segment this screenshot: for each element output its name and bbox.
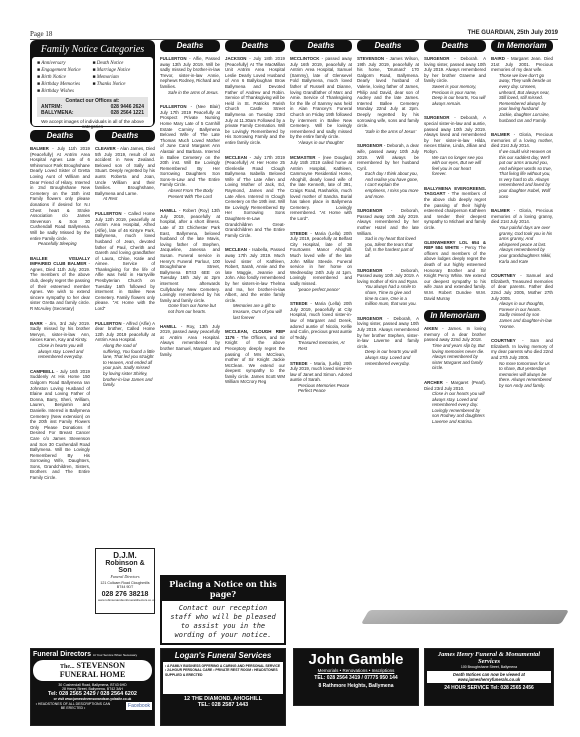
deaths-column-7: Deaths SURGENOR - Deborah. A loving sist… <box>424 40 486 434</box>
notice: BARR - Jim, 3rd July 2019. Sadly missed … <box>30 321 90 360</box>
category-item: ■ Birthday Wishes <box>37 88 93 95</box>
category-list: ■ Anniversary ■ Death Notice ■ Engagemen… <box>37 60 148 95</box>
notice: SURGENOR - Deborah, A special sister-in-… <box>424 115 486 177</box>
category-item: ■ Thanks Notice <box>93 81 149 88</box>
notice: FULLERTON - Alfie, Passed away 13th July… <box>160 56 220 95</box>
notice: STEEDE - Maria (Lella) 20th July 2019, p… <box>290 231 352 293</box>
notice: CAMPBELL - July 16th 2019 Suddenly At Hi… <box>30 369 90 481</box>
notice: STEEDE - Maria (Lella) 20th July 2019, p… <box>290 301 352 351</box>
facebook-icon[interactable]: Facebook <box>126 702 152 710</box>
notice: CLEAVER - Alan James, Died 5th July 2019… <box>95 146 155 202</box>
deaths-column-2: Deaths CLEAVER - Alan James, Died 5th Ju… <box>95 130 155 397</box>
notice: COURTNEY - Sam and Elizabeth. In loving … <box>491 338 553 388</box>
deaths-column-1: Deaths BALMER - July 11th 2019 (Peaceful… <box>30 130 90 490</box>
deaths-column-5: Deaths MCCLINTOCK - passed away July 16t… <box>290 40 352 403</box>
james-henry-ad: James Henry Funeral & Monumental Service… <box>424 648 554 706</box>
deaths-header: Deaths <box>357 40 419 52</box>
deaths-header: Deaths <box>95 130 155 142</box>
notice: BALMER - Gloria, Precious memories of a … <box>491 132 553 199</box>
notice: BALLEE VISUALLY IMPAIRED CLUB BALMER - A… <box>30 256 90 312</box>
page-header: Page 18 THE GUARDIAN, 25th July 2019 <box>30 30 558 40</box>
notice: BALMER - July 11th 2019 (Peacefully) At … <box>30 146 90 247</box>
notice: SURGENOR - Deborah, a dear wife, passed … <box>357 143 419 199</box>
category-item: ■ Memoriam <box>93 74 149 81</box>
gamble-phone: TEL: 028 2564 3419 / 07775 950 144 <box>296 675 416 681</box>
deaths-column-6: Deaths STEVENSON - James Wilson, 19th Ju… <box>357 40 419 375</box>
john-gamble-ad: John Gamble Memorials • Renovations • In… <box>293 648 419 706</box>
notice: COURTNEY - Samuel and Elizabeth, Treasur… <box>491 273 553 329</box>
logans-funeral-ad: Logan's Funeral Services • A FAMILY BUSI… <box>160 648 286 726</box>
notice: HAMILL - Robert (Roy) 13th July 2019, pe… <box>160 208 220 314</box>
notice: AIKEN - James. In loving memory of a dea… <box>424 326 486 371</box>
notice: HAMILL - Roy, 13th July 2019, passed awa… <box>160 324 220 358</box>
memoriam-column: In Memoriam BAIRD - Margaret Jean. Died … <box>491 40 553 397</box>
images-note: We accept images of individuals in all o… <box>37 119 148 129</box>
notice: MCCLEAN - Isabella, Passed away 17th Jul… <box>225 247 285 320</box>
notice: MCCLEAN, CLOUGH RBP 1176 - The Officers,… <box>225 329 285 385</box>
notice: SURGENOR - Deborah, A loving sister, pas… <box>357 316 419 366</box>
notice: FULLERTON - Alfred (Alfie) A dear brothe… <box>95 321 155 388</box>
category-item: ■ Death Notice <box>93 60 149 67</box>
notice: SURGENOR - Deborah, Passed away 10th Jul… <box>357 208 419 258</box>
notice: ARCHER - Margaret (Pearl). Died 23rd Jul… <box>424 380 486 425</box>
ballymena-phone: 028 2564 1221 <box>111 110 144 116</box>
deaths-header: Deaths <box>30 130 90 142</box>
pen-graphic <box>361 610 569 624</box>
notice: STEEDE - Maria, (Lella) 20th July 2019, … <box>290 361 352 395</box>
notice: FULLERTON - Called Home July 12th 2019, … <box>95 211 155 312</box>
deaths-header: Deaths <box>424 40 486 52</box>
notice: BALMER - Gloria, Precious memories of a … <box>491 208 553 264</box>
deaths-header: Deaths <box>160 40 220 52</box>
notice: GLENWHERRY LOL 654 & RBP 584 WHITE - Per… <box>424 240 486 302</box>
notice: STEVENSON - James Wilson, 19th July 2019… <box>357 56 419 134</box>
in-memoriam-header: In Memoriam <box>424 310 486 322</box>
deaths-column-4: Deaths JACKSON - July 18th 2019 (Peacefu… <box>225 40 285 394</box>
notice: BALLYMENA EVERGREENS. TAGGART - The memb… <box>424 186 486 231</box>
family-notice-categories: Family Notice Categories ■ Anniversary ■… <box>30 40 155 127</box>
categories-title: Family Notice Categories <box>32 42 153 57</box>
category-item: ■ Engagement Notice <box>37 67 93 74</box>
logans-phone: TEL: 028 2587 1443 <box>163 702 283 708</box>
category-item: ■ Birthday Memories <box>37 81 93 88</box>
deaths-header: Deaths <box>225 40 285 52</box>
paper-title: THE GUARDIAN, 25th July 2019 <box>468 30 558 36</box>
notice: FULLERTON - (Nee Blair) July 17th 2019 P… <box>160 104 220 199</box>
notice: MCCLINTOCK - passed away July 16th 2019,… <box>290 56 352 146</box>
category-item: ■ Marriage Notice <box>93 67 149 74</box>
in-memoriam-header: In Memoriam <box>491 40 553 52</box>
james-henry-phone: 24 HOUR SERVICE Tel: 028 2565 2456 <box>427 685 551 691</box>
placing-notice-box: Placing a Notice on this page? Contact o… <box>160 575 286 645</box>
notice: SURGENOR - Deborah, Passed away 10th Jul… <box>357 268 419 307</box>
contact-box: Contact our Offices at: ANTRIM:028 9446 … <box>37 97 148 117</box>
djm-phone: 028 276 38218 <box>98 591 152 598</box>
notice: MCMASTER - (nee Douglas) July 15th 2019 … <box>290 155 352 222</box>
stevenson-funeral-home-ad: Funeral Directors At Your Service When N… <box>30 648 155 726</box>
notice: SURGENOR - Deborah. A loving sister, pas… <box>424 56 486 106</box>
deaths-column-3: Deaths FULLERTON - Alfie, Passed away 13… <box>160 40 220 366</box>
category-item: ■ Birth Notice <box>37 74 93 81</box>
notice: BAIRD - Margaret Jean. Died 21st July 20… <box>491 56 553 123</box>
notice: JACKSON - July 18th 2019 (Peacefully) At… <box>225 56 285 146</box>
deaths-header: Deaths <box>290 40 352 52</box>
djm-robinson-ad: D.J.M. Robinson & Son Funeral Directors … <box>95 548 155 614</box>
page-number: Page 18 <box>30 30 52 38</box>
category-item: ■ Anniversary <box>37 60 93 67</box>
notice: MCCLEAN - July 17th 2019 (Peacefully) At… <box>225 155 285 239</box>
